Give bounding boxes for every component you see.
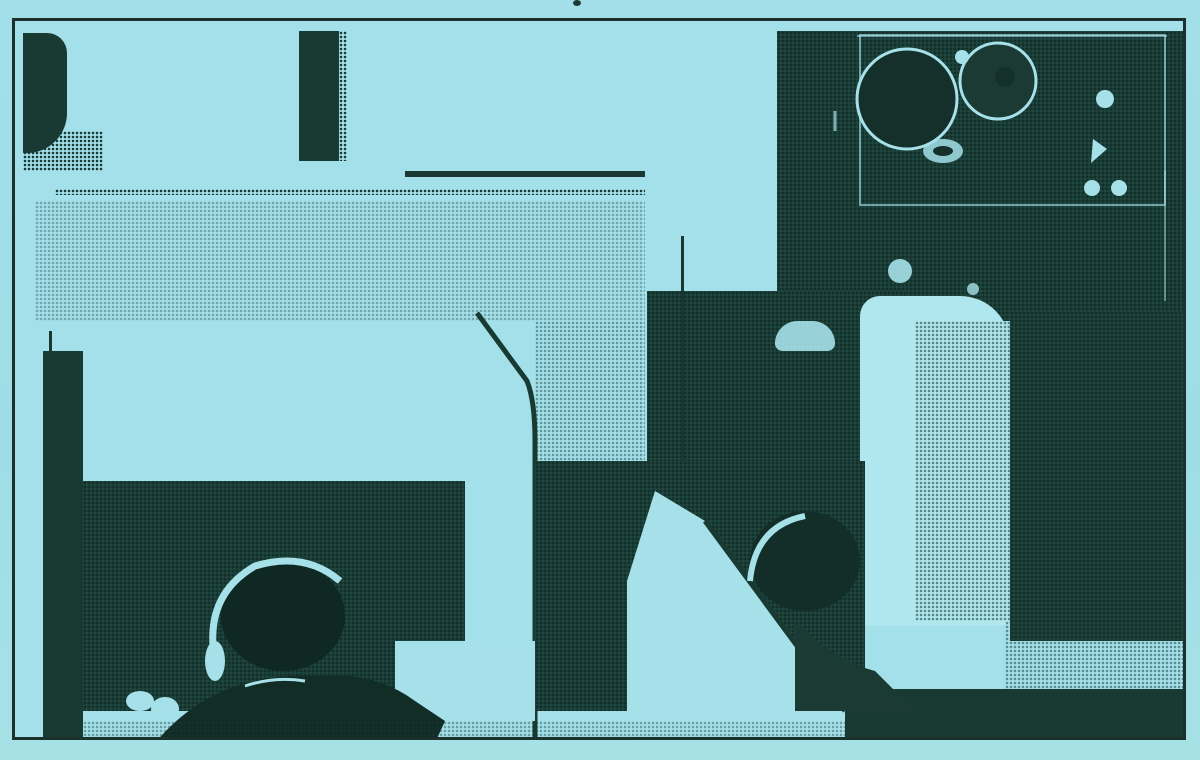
student-left <box>15 21 1186 740</box>
photo-card <box>0 0 1200 760</box>
photo-frame <box>12 18 1186 740</box>
student-left-hand <box>126 691 154 711</box>
punch-hole-mark <box>573 0 581 6</box>
bottom-floor-texture <box>55 721 855 737</box>
student-left-earpiece <box>205 641 225 681</box>
